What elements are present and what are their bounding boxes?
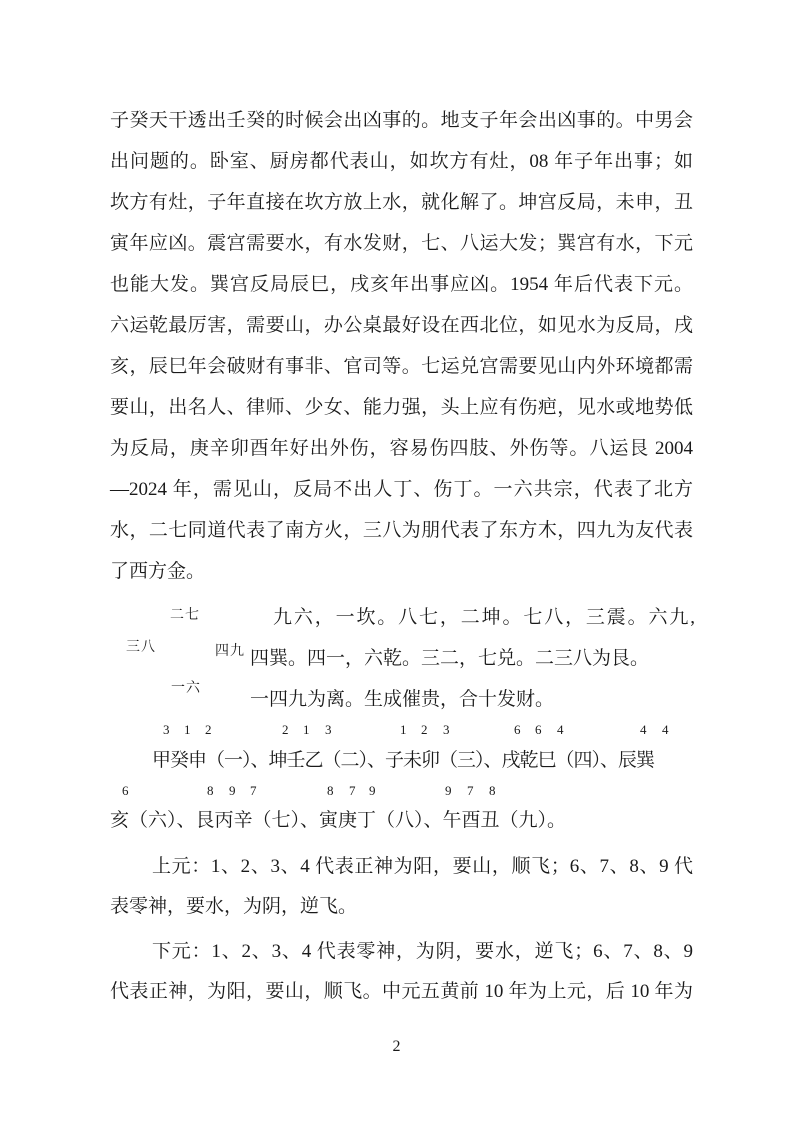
numerology-paragraph: 九六，一坎。八七，二坤。七八，三震。六九, 四巽。四一，六乾。三二，七兑。二三八… — [250, 597, 695, 720]
lower-yuan-paragraph: 下元：1、2、3、4 代表零神，为阴，要水，逆飞；6、7、8、9 代表正神，为阳… — [110, 932, 693, 1012]
hetu-diagram-right-label: 四九 — [215, 640, 245, 660]
page-number: 2 — [0, 1036, 793, 1058]
numerology-line: 九六，一坎。八七，二坤。七八，三震。六九, — [250, 597, 695, 638]
lower-yuan-line: 下元：1、2、3、4 代表零神，为阴，要水，逆飞；6、7、8、9 — [110, 932, 693, 972]
body-line: 子癸天干透出壬癸的时候会出凶事的。地支子年会出凶事的。中男会 — [110, 100, 693, 141]
annotation-number: 4 — [640, 723, 647, 737]
annotation-number: 7 — [467, 784, 474, 798]
trigram-line: 亥（六）、艮丙辛（七）、寅庚丁（八）、午酉丑（九）。 — [110, 800, 693, 841]
body-line: 也能大发。巽宫反局辰巳，戌亥年出事应凶。1954 年后代表下元。 — [110, 264, 693, 305]
annotation-number: 6 — [122, 784, 129, 798]
document-page: 子癸天干透出壬癸的时候会出凶事的。地支子年会出凶事的。中男会 出问题的。卧室、厨… — [0, 0, 793, 1122]
annotation-number: 9 — [445, 784, 452, 798]
annotation-number: 1 — [303, 723, 310, 737]
hetu-diagram-top-label: 二七 — [170, 604, 200, 624]
body-line: 为反局，庚辛卯酉年好出外伤，容易伤四肢、外伤等。八运艮 2004 — [110, 428, 693, 469]
trigram-line: 甲癸申（一）、坤壬乙（二）、子未卯（三）、戌乾巳（四）、辰巽 — [110, 740, 710, 781]
annotation-number: 3 — [325, 723, 332, 737]
annotation-number: 7 — [250, 784, 257, 798]
body-line: 坎方有灶，子年直接在坎方放上水，就化解了。坤宫反局，未申，丑 — [110, 182, 693, 223]
body-line: 要山，出名人、律师、少女、能力强，头上应有伤疤，见水或地势低 — [110, 387, 693, 428]
hetu-diagram-left-label: 三八 — [126, 636, 156, 656]
annotation-number: 8 — [327, 784, 334, 798]
annotation-number: 4 — [557, 723, 564, 737]
lower-yuan-line: 代表正神，为阳，要山，顺飞。中元五黄前 10 年为上元，后 10 年为 — [110, 972, 693, 1012]
annotation-number: 8 — [207, 784, 214, 798]
numerology-line: 四巽。四一，六乾。三二，七兑。二三八为艮。 — [250, 638, 695, 679]
annotation-number: 2 — [205, 723, 212, 737]
numerology-line: 一四九为离。生成催贵，合十发财。 — [250, 679, 695, 720]
upper-yuan-paragraph: 上元：1、2、3、4 代表正神为阳，要山，顺飞；6、7、8、9 代 表零神，要水… — [110, 847, 693, 927]
annotation-number: 6 — [535, 723, 542, 737]
body-line: 水，二七同道代表了南方火，三八为朋代表了东方木，四九为友代表 — [110, 510, 693, 551]
main-paragraph: 子癸天干透出壬癸的时候会出凶事的。地支子年会出凶事的。中男会 出问题的。卧室、厨… — [110, 100, 693, 592]
annotation-number: 6 — [514, 723, 521, 737]
body-line: 寅年应凶。震宫需要水，有水发财，七、八运大发；巽宫有水，下元 — [110, 223, 693, 264]
annotation-number: 7 — [349, 784, 356, 798]
upper-yuan-line: 表零神，要水，为阴，逆飞。 — [110, 887, 693, 927]
annotation-number: 4 — [662, 723, 669, 737]
annotation-number: 9 — [229, 784, 236, 798]
annotation-number: 2 — [282, 723, 289, 737]
hetu-diagram-bottom-label: 一六 — [171, 677, 201, 697]
annotation-number: 1 — [400, 723, 407, 737]
body-line: 六运乾最厉害，需要山，办公桌最好设在西北位，如见水为反局，戌 — [110, 305, 693, 346]
annotation-number: 2 — [421, 723, 428, 737]
body-line: —2024 年，需见山，反局不出人丁、伤丁。一六共宗，代表了北方 — [110, 469, 693, 510]
upper-yuan-line: 上元：1、2、3、4 代表正神为阳，要山，顺飞；6、7、8、9 代 — [110, 847, 693, 887]
body-line: 亥，辰巳年会破财有事非、官司等。七运兑宫需要见山内外环境都需 — [110, 346, 693, 387]
annotation-number: 8 — [489, 784, 496, 798]
body-line: 出问题的。卧室、厨房都代表山，如坎方有灶，08 年子年出事；如 — [110, 141, 693, 182]
body-line: 了西方金。 — [110, 551, 693, 592]
annotation-number: 9 — [369, 784, 376, 798]
annotation-number: 1 — [184, 723, 191, 737]
annotation-number: 3 — [443, 723, 450, 737]
annotation-number: 3 — [163, 723, 170, 737]
